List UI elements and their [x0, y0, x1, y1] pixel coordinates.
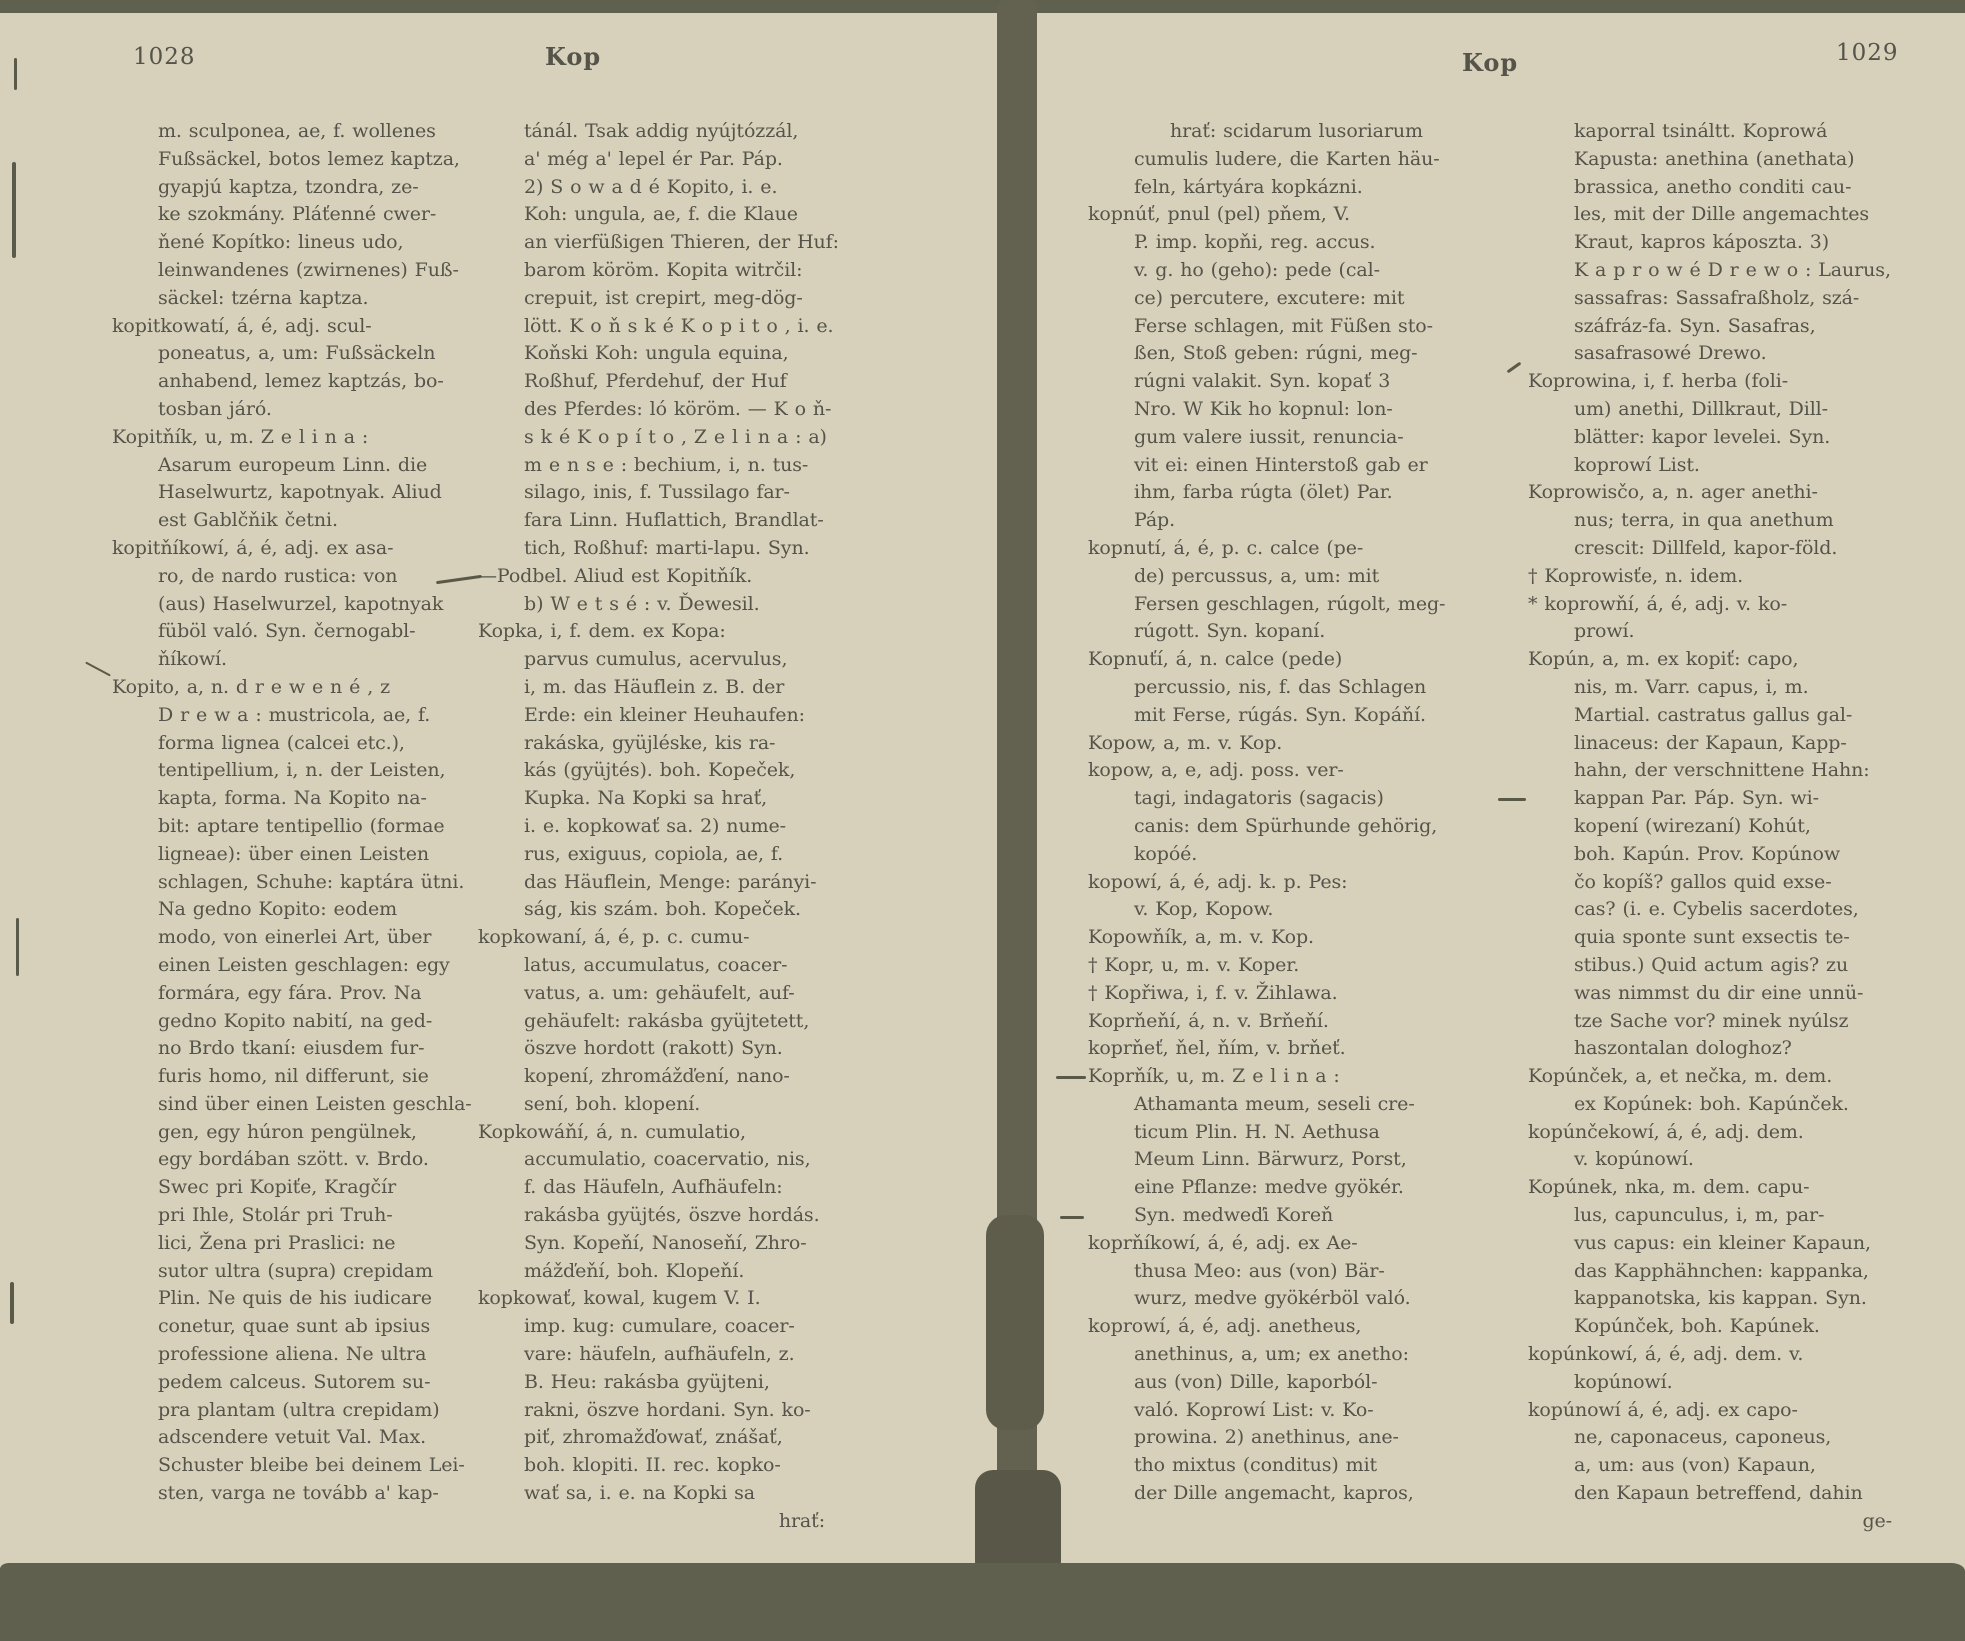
text-line: v. kopúnowí.: [1528, 1146, 1920, 1174]
text-line: blätter: kapor levelei. Syn.: [1528, 424, 1920, 452]
text-line: Kopkowáňí, á, n. cumulatio,: [478, 1119, 853, 1147]
text-line: kopúnowí.: [1528, 1369, 1920, 1397]
text-line: ke szokmány. Pláťenné cwer-: [112, 201, 480, 229]
text-line: aus (von) Dille, kaporból-: [1088, 1369, 1480, 1397]
text-line: adscendere vetuit Val. Max.: [112, 1424, 480, 1452]
text-line: rakásba gyüjtés, öszve hordás.: [478, 1202, 853, 1230]
text-line: thusa Meo: aus (von) Bär-: [1088, 1258, 1480, 1286]
book-scan: 1028 Kop m. sculponea, ae, f. wollenesFu…: [0, 0, 1965, 1641]
column-2: tánál. Tsak addig nyújtózzál,a' még a' l…: [478, 118, 853, 1536]
text-line: * koprowňí, á, é, adj. v. ko-: [1528, 591, 1920, 619]
text-line: Kapusta: anethina (anethata): [1528, 146, 1920, 174]
text-line: des Pferdes: ló köröm. — K o ň-: [478, 396, 853, 424]
text-line: mit Ferse, rúgás. Syn. Kopáňí.: [1088, 702, 1480, 730]
text-line: gehäufelt: rakásba gyüjtetett,: [478, 1008, 853, 1036]
text-line: való. Koprowí List: v. Ko-: [1088, 1397, 1480, 1425]
text-line: Koprowina, i, f. herba (foli-: [1528, 368, 1920, 396]
text-line: ticum Plin. H. N. Aethusa: [1088, 1119, 1480, 1147]
scan-bottom-edge: [0, 1563, 1965, 1641]
text-line: Asarum europeum Linn. die: [112, 452, 480, 480]
text-line: sten, varga ne tovább a' kap-: [112, 1480, 480, 1508]
text-line: Kupka. Na Kopki sa hrať,: [478, 785, 853, 813]
text-line: Kopúnek, nka, m. dem. capu-: [1528, 1174, 1920, 1202]
text-line: kopkowaní, á, é, p. c. cumu-: [478, 924, 853, 952]
text-line: i, m. das Häuflein z. B. der: [478, 674, 853, 702]
text-line: Syn. Kopeňí, Nanoseňí, Zhro-: [478, 1230, 853, 1258]
text-line: a, um: aus (von) Kapaun,: [1528, 1452, 1920, 1480]
scan-edge-mark: [14, 58, 17, 90]
text-line: † Kopřiwa, i, f. v. Žihlawa.: [1088, 980, 1480, 1008]
text-line: Koprňík, u, m. Z e l i n a :: [1088, 1063, 1480, 1091]
text-line: Fersen geschlagen, rúgolt, meg-: [1088, 591, 1480, 619]
text-line: parvus cumulus, acervulus,: [478, 646, 853, 674]
text-line: kopení, zhromážďení, nano-: [478, 1063, 853, 1091]
text-line: was nimmst du dir eine unnü-: [1528, 980, 1920, 1008]
text-line: ex Kopúnek: boh. Kapúnček.: [1528, 1091, 1920, 1119]
text-line: Athamanta meum, seseli cre-: [1088, 1091, 1480, 1119]
text-line: barom köröm. Kopita witrčil:: [478, 257, 853, 285]
text-line: Koprňeňí, á, n. v. Brňeňí.: [1088, 1008, 1480, 1036]
text-line: kaporral tsináltt. Koprowá: [1528, 118, 1920, 146]
text-line: † Koprowisťe, n. idem.: [1528, 563, 1920, 591]
text-line: kopitkowatí, á, é, adj. scul-: [112, 313, 480, 341]
text-line: lött. K o ň s k é K o p i t o , i. e.: [478, 313, 853, 341]
pen-mark: [85, 662, 111, 677]
text-line: um) anethi, Dillkraut, Dill-: [1528, 396, 1920, 424]
text-line: est Gablčňik četni.: [112, 507, 480, 535]
text-line: gedno Kopito nabití, na ged-: [112, 1008, 480, 1036]
text-line: kás (gyüjtés). boh. Kopeček,: [478, 757, 853, 785]
text-line: tze Sache vor? minek nyúlsz: [1528, 1008, 1920, 1036]
text-line: quia sponte sunt exsectis te-: [1528, 924, 1920, 952]
text-line: gyapjú kaptza, tzondra, ze-: [112, 174, 480, 202]
text-line: —Podbel. Aliud est Kopitňík.: [478, 563, 853, 591]
text-line: kapta, forma. Na Kopito na-: [112, 785, 480, 813]
text-line: prowina. 2) anethinus, ane-: [1088, 1424, 1480, 1452]
text-line: pri Ihle, Stolár pri Truh-: [112, 1202, 480, 1230]
pen-mark: [1056, 1076, 1086, 1079]
text-line: sasafrasowé Drewo.: [1528, 340, 1920, 368]
text-line: a' még a' lepel ér Par. Páp.: [478, 146, 853, 174]
running-head-left: Kop: [545, 42, 601, 71]
text-line: poneatus, a, um: Fußsäckeln: [112, 340, 480, 368]
text-line: les, mit der Dille angemachtes: [1528, 201, 1920, 229]
text-line: fara Linn. Huflattich, Brandlat-: [478, 507, 853, 535]
text-line: tosban járó.: [112, 396, 480, 424]
text-line: das Kapphähnchen: kappanka,: [1528, 1258, 1920, 1286]
text-line: boh. Kapún. Prov. Kopúnow: [1528, 841, 1920, 869]
text-line: cas? (i. e. Cybelis sacerdotes,: [1528, 896, 1920, 924]
text-line: de) percussus, a, um: mit: [1088, 563, 1480, 591]
text-line: formára, egy fára. Prov. Na: [112, 980, 480, 1008]
text-line: tagi, indagatoris (sagacis): [1088, 785, 1480, 813]
text-line: sutor ultra (supra) crepidam: [112, 1258, 480, 1286]
text-line: v. g. ho (geho): pede (cal-: [1088, 257, 1480, 285]
text-line: piť, zhromažďowať, znášať,: [478, 1424, 853, 1452]
text-line: Schuster bleibe bei deinem Lei-: [112, 1452, 480, 1480]
text-line: boh. klopiti. II. rec. kopko-: [478, 1452, 853, 1480]
text-line: rakáska, gyüjléske, kis ra-: [478, 730, 853, 758]
text-line: Swec pri Kopiťe, Kragčír: [112, 1174, 480, 1202]
text-line: gum valere iussit, renuncia-: [1088, 424, 1480, 452]
running-head-right: Kop: [1462, 48, 1518, 77]
text-line: Martial. castratus gallus gal-: [1528, 702, 1920, 730]
text-line: wurz, medve gyökérböl való.: [1088, 1285, 1480, 1313]
text-line: s k é K o p í t o , Z e l i n a : a): [478, 424, 853, 452]
text-line: m e n s e : bechium, i, n. tus-: [478, 452, 853, 480]
text-line: kopení (wirezaní) Kohút,: [1528, 813, 1920, 841]
text-line: rakni, öszve hordani. Syn. ko-: [478, 1397, 853, 1425]
text-line: P. imp. kopňi, reg. accus.: [1088, 229, 1480, 257]
text-line: accumulatio, coacervatio, nis,: [478, 1146, 853, 1174]
text-line: v. Kop, Kopow.: [1088, 896, 1480, 924]
text-line: kopkowať, kowal, kugem V. I.: [478, 1285, 853, 1313]
text-line: Ferse schlagen, mit Füßen sto-: [1088, 313, 1480, 341]
pen-mark: [1498, 798, 1526, 801]
text-line: Kopito, a, n. d r e w e n é , z: [112, 674, 480, 702]
text-line: crescit: Dillfeld, kapor-föld.: [1528, 535, 1920, 563]
text-line: kopowí, á, é, adj. k. p. Pes:: [1088, 869, 1480, 897]
text-line: Páp.: [1088, 507, 1480, 535]
text-line: vatus, a. um: gehäufelt, auf-: [478, 980, 853, 1008]
text-line: tentipellium, i, n. der Leisten,: [112, 757, 480, 785]
scan-top-edge: [0, 0, 1965, 13]
text-line: ro, de nardo rustica: von: [112, 563, 480, 591]
text-line: i. e. kopkowať sa. 2) nume-: [478, 813, 853, 841]
text-line: percussio, nis, f. das Schlagen: [1088, 674, 1480, 702]
text-line: ság, kis szám. boh. Kopeček.: [478, 896, 853, 924]
text-line: kappan Par. Páp. Syn. wi-: [1528, 785, 1920, 813]
text-line: ge-: [1528, 1508, 1920, 1536]
text-line: rúgott. Syn. kopaní.: [1088, 618, 1480, 646]
text-line: Plin. Ne quis de his iudicare: [112, 1285, 480, 1313]
text-line: pedem calceus. Sutorem su-: [112, 1369, 480, 1397]
text-line: hahn, der verschnittene Hahn:: [1528, 757, 1920, 785]
text-line: kopúnowí á, é, adj. ex capo-: [1528, 1397, 1920, 1425]
column-4: kaporral tsináltt. KoprowáKapusta: aneth…: [1528, 118, 1920, 1536]
text-line: schlagen, Schuhe: kaptára ütni.: [112, 869, 480, 897]
text-line: Erde: ein kleiner Heuhaufen:: [478, 702, 853, 730]
text-line: koprňeť, ňel, ňím, v. brňeť.: [1088, 1035, 1480, 1063]
text-line: hrať: scidarum lusoriarum: [1088, 118, 1480, 146]
text-line: nis, m. Varr. capus, i, m.: [1528, 674, 1920, 702]
text-line: koprowí, á, é, adj. anetheus,: [1088, 1313, 1480, 1341]
text-line: linaceus: der Kapaun, Kapp-: [1528, 730, 1920, 758]
text-line: feln, kártyára kopkázni.: [1088, 174, 1480, 202]
text-line: gen, egy húron pengülnek,: [112, 1119, 480, 1147]
text-line: no Brdo tkaní: eiusdem fur-: [112, 1035, 480, 1063]
text-line: furis homo, nil differunt, sie: [112, 1063, 480, 1091]
text-line: Na gedno Kopito: eodem: [112, 896, 480, 924]
text-line: koprňíkowí, á, é, adj. ex Ae-: [1088, 1230, 1480, 1258]
text-line: Koňski Koh: ungula equina,: [478, 340, 853, 368]
text-line: der Dille angemacht, kapros,: [1088, 1480, 1480, 1508]
text-line: vit ei: einen Hinterstoß gab er: [1088, 452, 1480, 480]
text-line: † Kopr, u, m. v. Koper.: [1088, 952, 1480, 980]
text-line: ňíkowí.: [112, 646, 480, 674]
column-1: m. sculponea, ae, f. wollenesFußsäckel, …: [112, 118, 480, 1508]
text-line: ne, caponaceus, caponeus,: [1528, 1424, 1920, 1452]
text-line: Kopnuťí, á, n. calce (pede): [1088, 646, 1480, 674]
text-line: kappanotska, kis kappan. Syn.: [1528, 1285, 1920, 1313]
text-line: professione aliena. Ne ultra: [112, 1341, 480, 1369]
column-3: hrať: scidarum lusoriarumcumulis ludere,…: [1088, 118, 1480, 1508]
text-line: sassafras: Sassafraßholz, szá-: [1528, 285, 1920, 313]
page-number-right: 1029: [1836, 40, 1899, 66]
text-line: kopnúť, pnul (pel) pňem, V.: [1088, 201, 1480, 229]
text-line: ßen, Stoß geben: rúgni, meg-: [1088, 340, 1480, 368]
text-line: stibus.) Quid actum agis? zu: [1528, 952, 1920, 980]
text-line: füböl való. Syn. černogabl-: [112, 618, 480, 646]
text-line: bit: aptare tentipellio (formae: [112, 813, 480, 841]
text-line: D r e w a : mustricola, ae, f.: [112, 702, 480, 730]
gutter-shadow-blob: [986, 1215, 1044, 1430]
text-line: Meum Linn. Bärwurz, Porst,: [1088, 1146, 1480, 1174]
text-line: (aus) Haselwurzel, kapotnyak: [112, 591, 480, 619]
text-line: modo, von einerlei Art, über: [112, 924, 480, 952]
text-line: anhabend, lemez kaptzás, bo-: [112, 368, 480, 396]
text-line: Fußsäckel, botos lemez kaptza,: [112, 146, 480, 174]
pen-mark: [1507, 362, 1522, 374]
text-line: tho mixtus (conditus) mit: [1088, 1452, 1480, 1480]
text-line: rus, exiguus, copiola, ae, f.: [478, 841, 853, 869]
text-line: egy bordában szött. v. Brdo.: [112, 1146, 480, 1174]
text-line: einen Leisten geschlagen: egy: [112, 952, 480, 980]
text-line: hrať:: [478, 1508, 853, 1536]
text-line: kopóé.: [1088, 841, 1480, 869]
text-line: b) W e t s é : v. Ďewesil.: [478, 591, 853, 619]
pen-mark: [1060, 1216, 1084, 1219]
text-line: kopúnkowí, á, é, adj. dem. v.: [1528, 1341, 1920, 1369]
text-line: Syn. medweďi Koreň: [1088, 1202, 1480, 1230]
text-line: Kopowňík, a, m. v. Kop.: [1088, 924, 1480, 952]
text-line: 2) S o w a d é Kopito, i. e.: [478, 174, 853, 202]
text-line: Kopow, a, m. v. Kop.: [1088, 730, 1480, 758]
text-line: ce) percutere, excutere: mit: [1088, 285, 1480, 313]
text-line: Roßhuf, Pferdehuf, der Huf: [478, 368, 853, 396]
text-line: B. Heu: rakásba gyüjteni,: [478, 1369, 853, 1397]
text-line: das Häuflein, Menge: parányi-: [478, 869, 853, 897]
text-line: prowí.: [1528, 618, 1920, 646]
text-line: ihm, farba rúgta (ölet) Par.: [1088, 479, 1480, 507]
text-line: conetur, quae sunt ab ipsius: [112, 1313, 480, 1341]
text-line: Kopka, i, f. dem. ex Kopa:: [478, 618, 853, 646]
text-line: Haselwurtz, kapotnyak. Aliud: [112, 479, 480, 507]
text-line: lus, capunculus, i, m, par-: [1528, 1202, 1920, 1230]
text-line: öszve hordott (rakott) Syn.: [478, 1035, 853, 1063]
text-line: forma lignea (calcei etc.),: [112, 730, 480, 758]
text-line: cumulis ludere, die Karten häu-: [1088, 146, 1480, 174]
text-line: Kopún, a, m. ex kopiť: capo,: [1528, 646, 1920, 674]
text-line: tánál. Tsak addig nyújtózzál,: [478, 118, 853, 146]
scan-edge-mark: [10, 1282, 14, 1324]
text-line: sind über einen Leisten geschla-: [112, 1091, 480, 1119]
text-line: an vierfüßigen Thieren, der Huf:: [478, 229, 853, 257]
text-line: den Kapaun betreffend, dahin: [1528, 1480, 1920, 1508]
text-line: ňené Kopítko: lineus udo,: [112, 229, 480, 257]
text-line: K a p r o w é D r e w o : Laurus,: [1528, 257, 1920, 285]
text-line: Nro. W Kik ho kopnul: lon-: [1088, 396, 1480, 424]
text-line: anethinus, a, um; ex anetho:: [1088, 1341, 1480, 1369]
text-line: Koh: ungula, ae, f. die Klaue: [478, 201, 853, 229]
text-line: Kopúnček, boh. Kapúnek.: [1528, 1313, 1920, 1341]
text-line: vus capus: ein kleiner Kapaun,: [1528, 1230, 1920, 1258]
text-line: eine Pflanze: medve gyökér.: [1088, 1174, 1480, 1202]
text-line: haszontalan dologhoz?: [1528, 1035, 1920, 1063]
scan-edge-mark: [16, 918, 19, 976]
text-line: pra plantam (ultra crepidam): [112, 1397, 480, 1425]
text-line: silago, inis, f. Tussilago far-: [478, 479, 853, 507]
text-line: kopow, a, e, adj. poss. ver-: [1088, 757, 1480, 785]
text-line: rúgni valakit. Syn. kopať 3: [1088, 368, 1480, 396]
text-line: kopnutí, á, é, p. c. calce (pe-: [1088, 535, 1480, 563]
text-line: leinwandenes (zwirnenes) Fuß-: [112, 257, 480, 285]
text-line: száfráz-fa. Syn. Sasafras,: [1528, 313, 1920, 341]
text-line: ligneae): über einen Leisten: [112, 841, 480, 869]
text-line: Koprowisčo, a, n. ager anethi-: [1528, 479, 1920, 507]
text-line: tich, Roßhuf: marti-lapu. Syn.: [478, 535, 853, 563]
text-line: mážďeňí, boh. Klopeňí.: [478, 1258, 853, 1286]
page-number-left: 1028: [133, 44, 196, 70]
text-line: Kopitňík, u, m. Z e l i n a :: [112, 424, 480, 452]
text-line: Kraut, kapros káposzta. 3): [1528, 229, 1920, 257]
text-line: nus; terra, in qua anethum: [1528, 507, 1920, 535]
text-line: koprowí List.: [1528, 452, 1920, 480]
text-line: čo kopíš? gallos quid exse-: [1528, 869, 1920, 897]
text-line: sení, boh. klopení.: [478, 1091, 853, 1119]
text-line: m. sculponea, ae, f. wollenes: [112, 118, 480, 146]
text-line: kopitňíkowí, á, é, adj. ex asa-: [112, 535, 480, 563]
text-line: f. das Häufeln, Aufhäufeln:: [478, 1174, 853, 1202]
text-line: brassica, anetho conditi cau-: [1528, 174, 1920, 202]
text-line: imp. kug: cumulare, coacer-: [478, 1313, 853, 1341]
text-line: kopúnčekowí, á, é, adj. dem.: [1528, 1119, 1920, 1147]
scan-edge-mark: [12, 162, 16, 258]
text-line: crepuit, ist crepirt, meg-dög-: [478, 285, 853, 313]
text-line: Kopúnček, a, et nečka, m. dem.: [1528, 1063, 1920, 1091]
text-line: wať sa, i. e. na Kopki sa: [478, 1480, 853, 1508]
text-line: vare: häufeln, aufhäufeln, z.: [478, 1341, 853, 1369]
text-line: säckel: tzérna kaptza.: [112, 285, 480, 313]
text-line: latus, accumulatus, coacer-: [478, 952, 853, 980]
text-line: lici, Žena pri Praslici: ne: [112, 1230, 480, 1258]
text-line: canis: dem Spürhunde gehörig,: [1088, 813, 1480, 841]
